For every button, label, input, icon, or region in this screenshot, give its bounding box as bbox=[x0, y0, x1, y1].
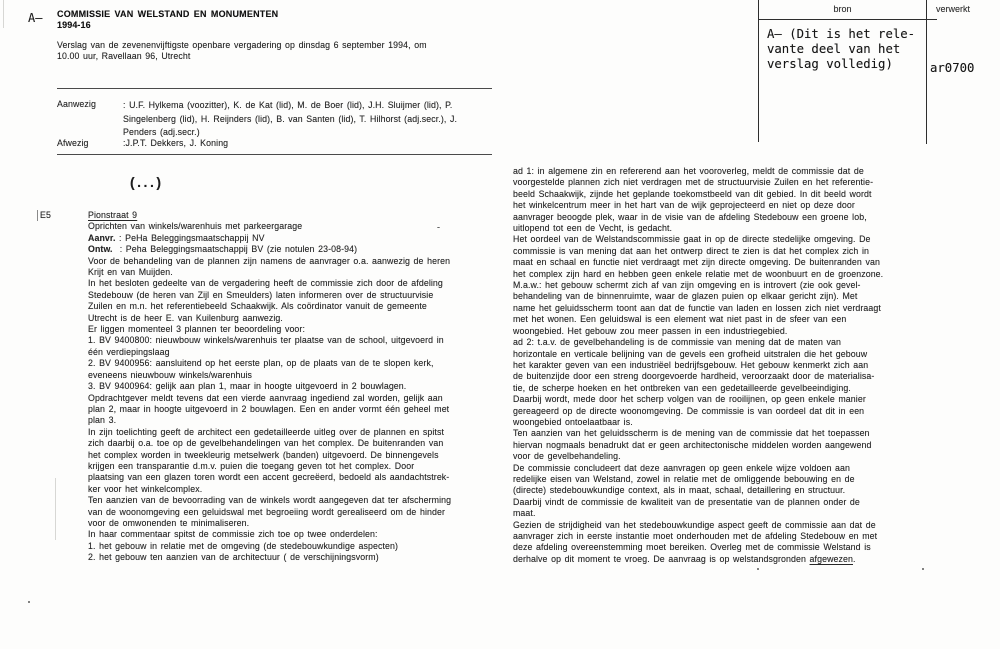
stamp-table-header-rule bbox=[758, 19, 937, 20]
left-column: Pionstraat 9 Oprichten van winkels/waren… bbox=[88, 210, 500, 564]
text-line: uitlopend tot een de Vecht, is gedacht. bbox=[513, 223, 937, 234]
text-line: Ten aanzien van het geluidsscherm is de … bbox=[513, 428, 937, 439]
text-line: maat en schaal en functie niet verdraagt… bbox=[513, 257, 937, 268]
stamp-table-column-divider bbox=[926, 0, 927, 144]
text-line: : U.F. Hylkema (voozitter), K. de Kat (l… bbox=[123, 99, 457, 113]
text-line: deze afdeling overeenstemming moet berei… bbox=[513, 542, 937, 553]
text-line: ad 1: in algemene zin en refererend aan … bbox=[513, 166, 937, 177]
text-line: De commissie concludeert dat deze aanvra… bbox=[513, 463, 937, 474]
absent-names: :J.P.T. Dekkers, J. Koning bbox=[123, 138, 228, 149]
scan-speck bbox=[922, 568, 924, 570]
text-line: aanvrager zich in eerste instantie moet … bbox=[513, 531, 937, 542]
scan-speck bbox=[28, 601, 30, 603]
margin-tick bbox=[37, 210, 38, 221]
designer-value: : Peha Beleggingsmaatschappij BV (zie no… bbox=[113, 244, 358, 254]
text-line: M.a.w.: het gebouw schermt zich af van z… bbox=[513, 280, 937, 291]
stamp-column-verwerkt: verwerkt bbox=[936, 4, 970, 14]
text-line: tie, de scherpe hoeken en het ontbreken … bbox=[513, 383, 937, 394]
text-line: 2. het gebouw ten aanzien van de archite… bbox=[88, 552, 500, 563]
text-line: Gezien de strijdigheid van het stedebouw… bbox=[513, 520, 937, 531]
text-line: (directe) stedebouwkundige context, als … bbox=[513, 485, 937, 496]
left-column-body: Voor de behandeling van de plannen zijn … bbox=[88, 256, 500, 564]
right-column-body: ad 1: in algemene zin en refererend aan … bbox=[513, 166, 937, 554]
text-line: Singelenberg (lid), H. Reijnders (lid), … bbox=[123, 113, 457, 127]
omission-ellipsis: (...) bbox=[130, 174, 164, 190]
applicant-value: : PeHa Beleggingsmaatschappij NV bbox=[116, 233, 265, 243]
agenda-item-title: Pionstraat 9 bbox=[88, 210, 500, 221]
text-line: Daarbij vindt de commissie de kwaliteit … bbox=[513, 497, 937, 508]
margin-mark: A– bbox=[28, 11, 42, 25]
text-line: In zijn toelichting geeft de architect e… bbox=[88, 427, 500, 438]
text-line: voor de omwonenden te minimaliseren. bbox=[88, 518, 500, 529]
scan-artifact-line bbox=[55, 478, 56, 540]
text-line: Daarbij wordt, mede door het scherp volg… bbox=[513, 394, 937, 405]
present-label: Aanwezig bbox=[57, 99, 96, 110]
present-names: : U.F. Hylkema (voozitter), K. de Kat (l… bbox=[123, 99, 457, 140]
closing-line: derhalve op dit moment te vroeg. De aanv… bbox=[513, 554, 937, 565]
text-line: 10.00 uur, Ravellaan 96, Utrecht bbox=[57, 51, 427, 62]
organization-title: COMMISSIE VAN WELSTAND EN MONUMENTEN bbox=[57, 9, 278, 20]
text-line: name het geluidsscherm toont aan dat de … bbox=[513, 303, 937, 314]
right-column: ad 1: in algemene zin en refererend aan … bbox=[513, 166, 937, 565]
designer-label: Ontw. bbox=[88, 244, 113, 254]
closing-prefix: derhalve op dit moment te vroeg. De aanv… bbox=[513, 554, 810, 564]
closing-suffix: . bbox=[853, 554, 856, 564]
text-line: 3. BV 9400964: gelijk aan plan 1, maar i… bbox=[88, 381, 500, 392]
text-line: de buitenzijde door een streng doorgevoe… bbox=[513, 371, 937, 382]
text-line: Voor de behandeling van de plannen zijn … bbox=[88, 256, 500, 267]
text-line: voorgestelde plannen zich niet verdragen… bbox=[513, 177, 937, 188]
text-line: commissie is van mening dat aan het ontw… bbox=[513, 246, 937, 257]
text-line: krijgen een transparantie d.m.v. puien d… bbox=[88, 461, 500, 472]
text-line: hiervan nogmaals benadrukt dat er geen a… bbox=[513, 440, 937, 451]
text-line: Utrecht is de heer E. van Kuilenburg aan… bbox=[88, 313, 500, 324]
text-line: één verdiepingslaag bbox=[88, 347, 500, 358]
stamp-typewritten-note: A– (Dit is het rele-vante deel van hetve… bbox=[767, 27, 915, 71]
text-line: gereageerd op de directe woonomgeving. D… bbox=[513, 406, 937, 417]
text-line: van de woonomgeving een geluidswal met b… bbox=[88, 507, 500, 518]
text-line: woongebied ontoelaatbaar is. bbox=[513, 417, 937, 428]
agenda-item-code: E5 bbox=[40, 210, 51, 221]
text-line: horizontale en verticale belijning van d… bbox=[513, 349, 937, 360]
text-line: behandeling van de binnenruimte, waar de… bbox=[513, 291, 937, 302]
text-line: redelijke eisen van Welstand, zowel in r… bbox=[513, 474, 937, 485]
decision-word: afgewezen bbox=[810, 554, 853, 564]
text-line: Ten aanzien van de bevoorrading van de w… bbox=[88, 495, 500, 506]
text-line: ker voor het winkelcomplex. bbox=[88, 484, 500, 495]
text-line: met het wonen. Een geluidswal is een ele… bbox=[513, 314, 937, 325]
text-line: In haar commentaar spitst de commissie z… bbox=[88, 529, 500, 540]
text-line: A– (Dit is het rele- bbox=[767, 27, 915, 42]
text-line: verslag volledig) bbox=[767, 57, 915, 72]
meeting-intro: Verslag van de zevenenvijftigste openbar… bbox=[57, 40, 427, 62]
text-line: vante deel van het bbox=[767, 42, 915, 57]
divider-rule-bottom bbox=[57, 154, 492, 155]
text-line: het complex zijn hard en hebben geen enk… bbox=[513, 269, 937, 280]
text-line: In het besloten gedeelte van de vergader… bbox=[88, 278, 500, 289]
applicant-line: Aanvr. : PeHa Beleggingsmaatschappij NV bbox=[88, 233, 500, 244]
text-line: Opdrachtgever meldt tevens dat een vierd… bbox=[88, 393, 500, 404]
stamp-column-bron: bron bbox=[759, 4, 926, 14]
stamp-table-left-border bbox=[758, 0, 759, 142]
text-line: ad 2: t.a.v. de gevelbehandeling is de c… bbox=[513, 337, 937, 348]
text-line: Stedebouw (de heren van Zijl en Smeulder… bbox=[88, 290, 500, 301]
designer-line: Ontw. : Peha Beleggingsmaatschappij BV (… bbox=[88, 244, 500, 255]
text-line: 1. BV 9400800: nieuwbouw winkels/warenhu… bbox=[88, 335, 500, 346]
text-line: 1. het gebouw in relatie met de omgeving… bbox=[88, 541, 500, 552]
text-line: 2. BV 9400956: aansluitend op het eerste… bbox=[88, 358, 500, 369]
text-line: plaatsing van een glazen toren wordt een… bbox=[88, 472, 500, 483]
text-line: aanvrager beoogde plek, waar in de visie… bbox=[513, 212, 937, 223]
scan-speck bbox=[757, 568, 759, 570]
text-line: Krijt en van Muijden. bbox=[88, 267, 500, 278]
applicant-label: Aanvr. bbox=[88, 233, 116, 243]
text-line: Verslag van de zevenenvijftigste openbar… bbox=[57, 40, 427, 51]
text-line: het karakter geven van een industriëel b… bbox=[513, 360, 937, 371]
scan-artifact-line bbox=[3, 0, 4, 28]
text-line: maat. bbox=[513, 508, 937, 519]
text-line: beeld Schaakwijk, zijnde het geplande to… bbox=[513, 189, 937, 200]
text-line: plan 3. bbox=[88, 415, 500, 426]
stamp-archive-code: ar0700 bbox=[930, 61, 974, 75]
text-line: Zuilen en m.n. het referentiebeeld Schaa… bbox=[88, 301, 500, 312]
scan-speck bbox=[437, 227, 440, 228]
document-number: 1994-16 bbox=[57, 20, 91, 31]
text-line: plan 2, maar in hoogte uitgevoerd in 2 b… bbox=[88, 404, 500, 415]
text-line: Het oordeel van de Welstandscommissie ga… bbox=[513, 234, 937, 245]
text-line: eveneens nieuwbouw winkels/warenhuis bbox=[88, 370, 500, 381]
text-line: Er liggen momenteel 3 plannen ter beoord… bbox=[88, 324, 500, 335]
text-line: woongebied. Het gebouw zou meer passen i… bbox=[513, 326, 937, 337]
divider-rule-top bbox=[57, 88, 492, 89]
text-line: het complex worden in tweekleurig metsel… bbox=[88, 450, 500, 461]
text-line: het winkelcentrum meer in het hart van d… bbox=[513, 200, 937, 211]
text-line: voor de gevelbehandeling. bbox=[513, 451, 937, 462]
absent-label: Afwezig bbox=[57, 138, 89, 149]
text-line: zich daarbij o.a. toe op de gevelbehande… bbox=[88, 438, 500, 449]
